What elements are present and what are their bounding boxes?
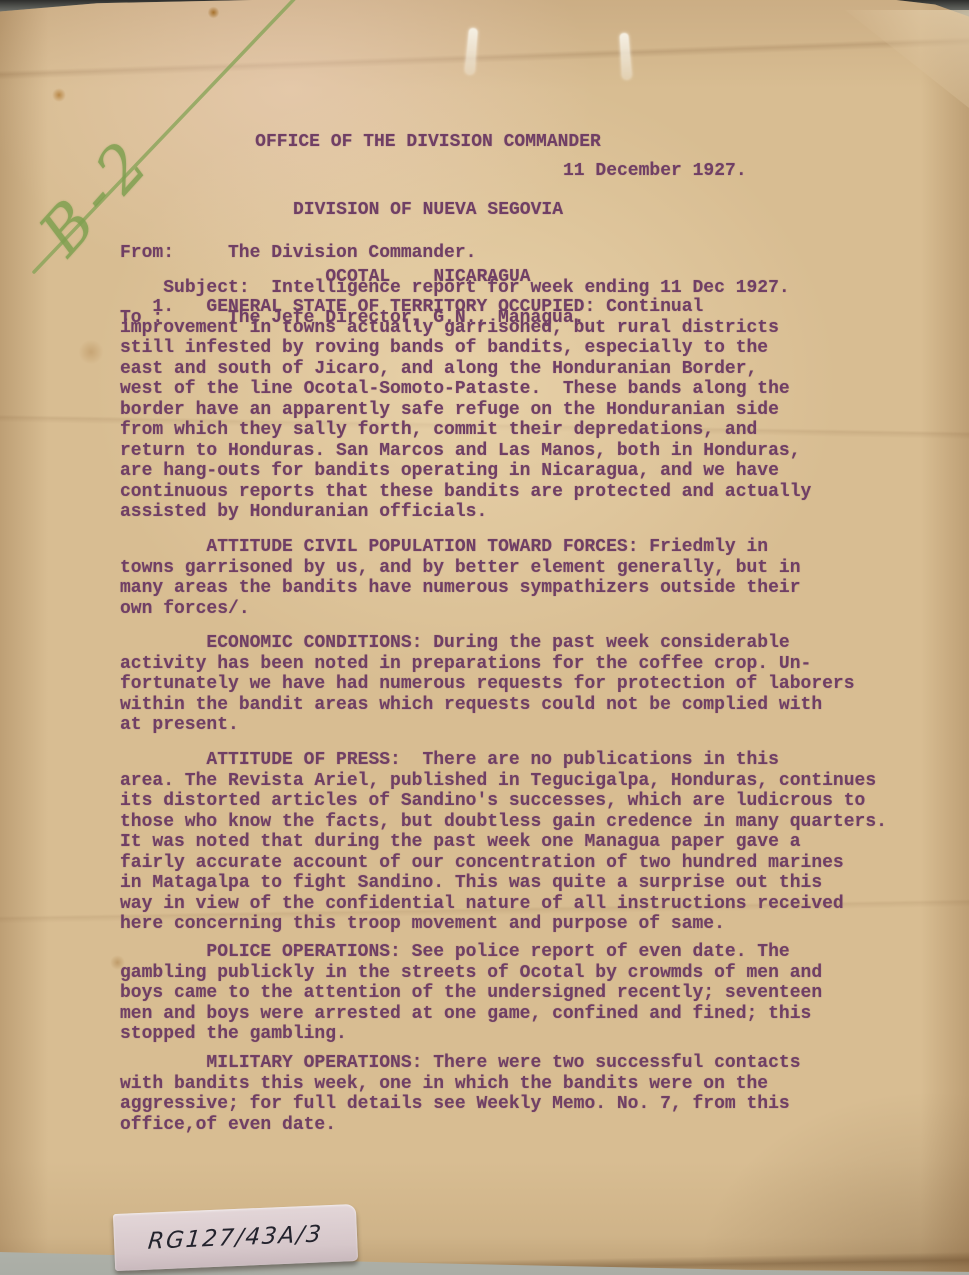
archive-label: RG127/43A/3 (113, 1204, 358, 1271)
date-line: 11 December 1927. (563, 161, 747, 181)
subject-label: Subject: (163, 278, 271, 298)
paragraph-military: MILITARY OPERATIONS: There were two succ… (120, 1053, 928, 1135)
letterhead-line-office: OFFICE OF THE DIVISION COMMANDER (240, 131, 616, 154)
scanned-document: B-2 OFFICE OF THE DIVISION COMMANDER DIV… (0, 0, 969, 1275)
paragraph-economic: ECONOMIC CONDITIONS: During the past wee… (120, 633, 928, 736)
paragraph-general-state: 1. GENERAL STATE OF TERRITORY OCCUPIED: … (120, 297, 928, 523)
subject-value: Intelligence report for week ending 11 D… (271, 278, 789, 298)
paragraph-press: ATTITUDE OF PRESS: There are no publicat… (120, 750, 928, 935)
rust-stain (52, 88, 66, 102)
rust-stain (78, 340, 104, 364)
paragraph-attitude-civil: ATTITUDE CIVIL POPULATION TOWARD FORCES:… (120, 537, 928, 619)
rust-stain (208, 6, 219, 19)
paragraph-police: POLICE OPERATIONS: See police report of … (120, 942, 928, 1045)
archive-label-text: RG127/43A/3 (147, 1221, 324, 1254)
